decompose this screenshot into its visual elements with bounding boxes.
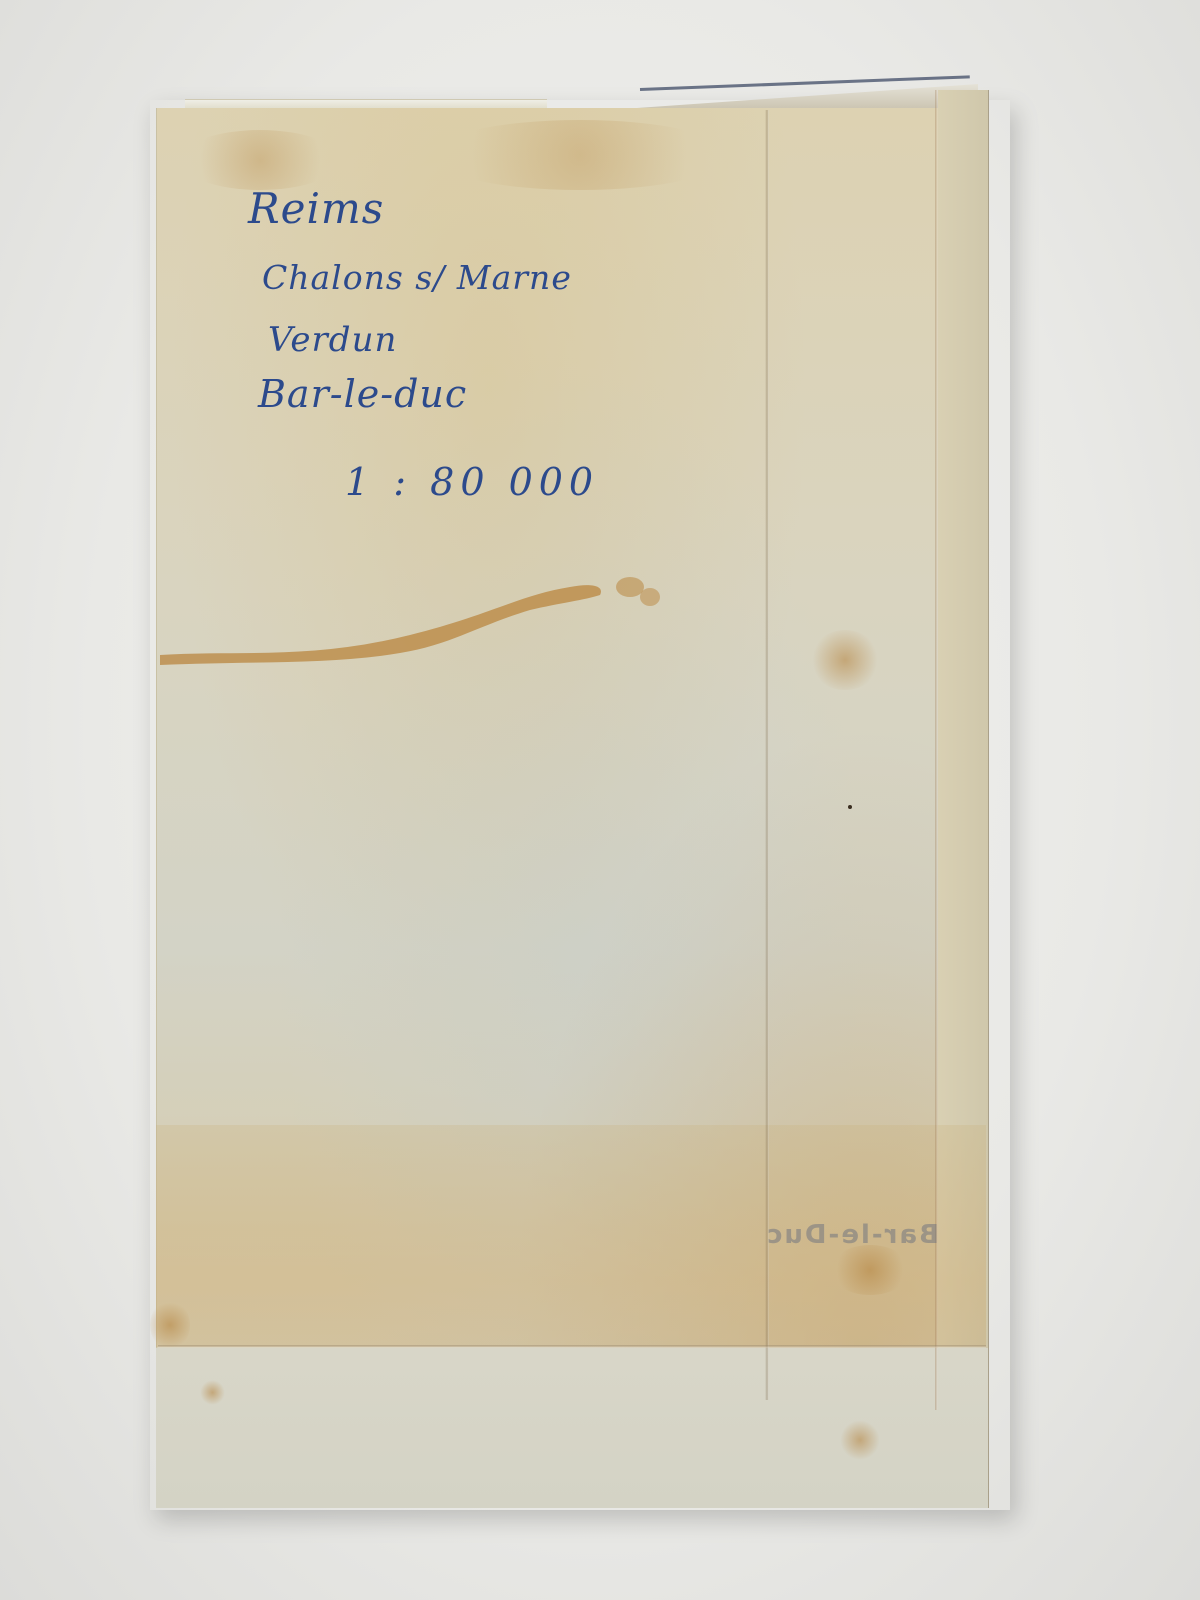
handwritten-scale: 1 : 80 000 [345,460,599,504]
handwritten-line-verdun: Verdun [268,320,397,360]
mirrored-show-through-text: Bar-le-Duc [765,1220,939,1250]
horizontal-fold-crease [158,1345,986,1348]
stain-spot [810,630,880,690]
stain-spot [200,1380,225,1405]
stain-spot [430,120,730,190]
handwritten-line-chalons: Chalons s/ Marne [262,258,572,297]
stain-spot [180,130,340,190]
stain-spot [150,1300,190,1350]
water-stain-streak [160,565,660,675]
vertical-fold-crease [765,110,769,1400]
pinhole [848,805,852,809]
stain-spot [830,1245,910,1295]
handwritten-line-reims: Reims [248,184,384,233]
stain-spot [840,1420,880,1460]
handwritten-line-bar-le-duc: Bar-le-duc [258,372,467,416]
right-fold-crease [935,90,938,1410]
